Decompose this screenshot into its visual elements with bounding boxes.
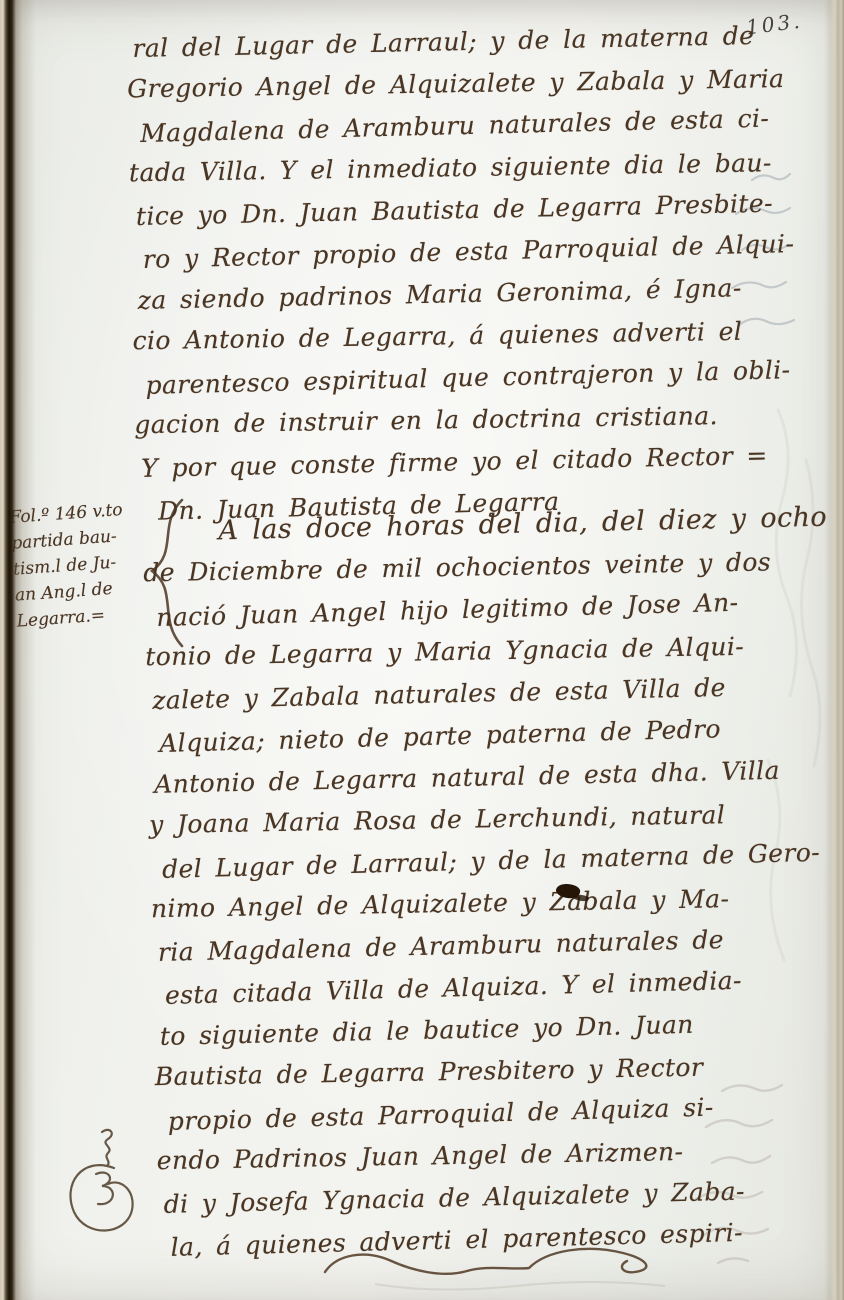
page-edge — [824, 0, 844, 1300]
manuscript-page: 103. ral del Lugar de Larraul; y de la m… — [0, 0, 844, 1300]
closing-flourish — [315, 1236, 685, 1291]
baptism-entry-text: A las doce horas del dia, del diez y och… — [148, 497, 844, 1268]
rubric-mark — [56, 1126, 146, 1251]
previous-entry-text: ral del Lugar de Larraul; y de la matern… — [132, 14, 800, 532]
binding-edge — [0, 0, 36, 1300]
